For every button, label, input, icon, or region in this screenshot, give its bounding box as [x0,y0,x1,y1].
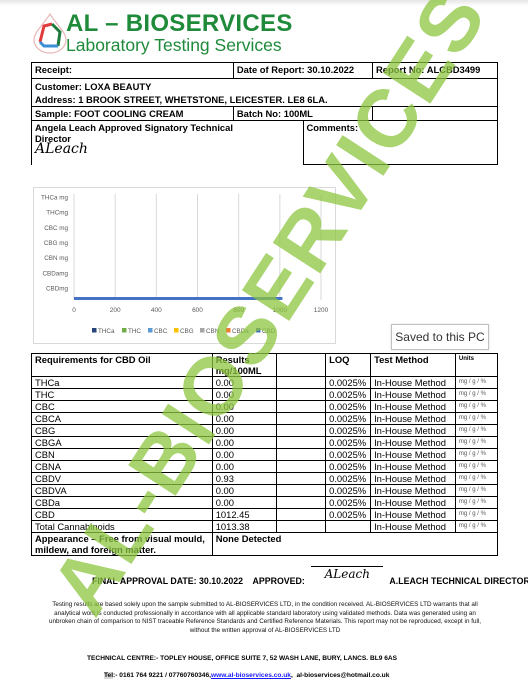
row-value: 1012.45 [212,509,276,521]
final-approval-date: FINAL APPROVAL DATE: 30.10.2022 [92,576,243,586]
table-row: CBCA0.000.0025%In-House Methodmg / g / % [32,413,498,425]
row-blank [277,401,326,413]
svg-text:CBDamg: CBDamg [42,270,68,277]
table-row: CBN0.000.0025%In-House Methodmg / g / % [32,449,498,461]
table-row: CBDVA0.000.0025%In-House Methodmg / g / … [32,485,498,497]
row-blank [277,509,326,521]
row-method: In-House Method [371,437,456,449]
table-row: CBDa0.000.0025%In-House Methodmg / g / % [32,497,498,509]
row-units: mg / g / % [455,437,497,449]
col-results: Results mg/100ML [212,354,276,377]
row-name: THCa [32,377,213,389]
row-value: 0.00 [212,389,276,401]
row-method: In-House Method [371,473,456,485]
row-loq: 0.0025% [326,425,371,437]
table-row: CBC0.000.0025%In-House Methodmg / g / % [32,401,498,413]
row-blank [277,377,326,389]
col-blank [277,354,326,377]
receipt-cell: Receipt: [32,63,234,79]
row-method: In-House Method [371,425,456,437]
approval-signature: ALeach [311,566,383,581]
email: al-bioservices@hotmail.co.uk [296,672,389,679]
row-loq: 0.0025% [326,401,371,413]
row-loq: 0.0025% [326,497,371,509]
customer: Customer: LOXA BEAUTY [35,81,494,92]
svg-text:1000: 1000 [273,307,288,314]
row-value: 0.00 [212,401,276,413]
svg-text:CBG mg: CBG mg [44,240,69,247]
top-shadow-bar [0,0,528,6]
row-value: 0.00 [212,449,276,461]
table-row: THCa0.000.0025%In-House Methodmg / g / % [32,377,498,389]
row-loq: 0.0025% [326,437,371,449]
row-value: 0.00 [212,497,276,509]
technical-centre-address: TECHNICAL CENTRE:- TOPLEY HOUSE, OFFICE … [87,655,397,662]
table-row: CBNA0.000.0025%In-House Methodmg / g / % [32,461,498,473]
comments: Comments: [303,121,498,165]
brand-name: AL – BIOSERVICES [66,11,293,37]
bar-chart: 020040060080010001200CBDmgCBDamgCBN mgCB… [34,188,335,343]
row-name: CBN [32,449,213,461]
svg-text:CBN mg: CBN mg [44,255,68,262]
signatory-signature: ALeach [35,144,300,155]
row-value: 0.00 [212,377,276,389]
row-units: mg / g / % [455,377,497,389]
row-blank [277,461,326,473]
svg-text:THCmg: THCmg [46,210,68,217]
saved-to-pc-badge[interactable]: Saved to this PC [391,324,489,350]
row-name: Total Cannabinoids [32,521,213,533]
row-blank [277,437,326,449]
row-method: In-House Method [371,497,456,509]
row-method: In-House Method [371,485,456,497]
row-value: 0.00 [212,461,276,473]
row-name: CBDV [32,473,213,485]
col-units: Units [455,354,497,377]
row-name: CBNA [32,461,213,473]
svg-text:0: 0 [72,307,76,314]
svg-text:400: 400 [151,307,162,314]
row-units: mg / g / % [455,497,497,509]
svg-text:CBG: CBG [180,328,194,335]
row-blank [277,449,326,461]
table-row: CBG0.000.0025%In-House Methodmg / g / % [32,425,498,437]
date-of-report: Date of Report: 30.10.2022 [233,63,372,79]
row-value: 1013.38 [212,521,276,533]
svg-text:CBD: CBD [262,328,276,335]
table-row: Total Cannabinoids1013.38In-House Method… [32,521,498,533]
row-blank [277,497,326,509]
row-units: mg / g / % [455,449,497,461]
row-units: mg / g / % [455,509,497,521]
table-row: CBGA0.000.0025%In-House Methodmg / g / % [32,437,498,449]
blank-cell [373,107,498,121]
row-name: CBDa [32,497,213,509]
cannabinoid-chart: 020040060080010001200CBDmgCBDamgCBN mgCB… [33,187,336,344]
contact-line: Tel:- 0161 764 9221 / 07760760346,www.al… [104,672,389,679]
tel-numbers: :- 0161 764 9221 / 07760760346, [113,672,211,679]
brand-tagline: Laboratory Testing Services [66,36,293,55]
row-units: mg / g / % [455,521,497,533]
report-header-table: Receipt: Date of Report: 30.10.2022 Repo… [31,62,498,165]
svg-text:800: 800 [233,307,244,314]
approval-line: FINAL APPROVAL DATE: 30.10.2022 APPROVED… [92,572,528,587]
brand-header: AL – BIOSERVICES Laboratory Testing Serv… [66,11,293,55]
row-name: CBD [32,509,213,521]
results-header-row: Requirements for CBD Oil Results mg/100M… [32,354,498,377]
svg-text:CBDmg: CBDmg [46,285,69,292]
row-value: 0.00 [212,413,276,425]
row-loq: 0.0025% [326,449,371,461]
sample: Sample: FOOT COOLING CREAM [32,107,234,121]
row-loq: 0.0025% [326,413,371,425]
row-units: mg / g / % [455,413,497,425]
row-blank [277,413,326,425]
results-table: Requirements for CBD Oil Results mg/100M… [31,353,498,556]
row-method: In-House Method [371,461,456,473]
row-units: mg / g / % [455,401,497,413]
svg-text:200: 200 [110,307,121,314]
svg-text:THCa: THCa [98,328,115,335]
row-method: In-House Method [371,449,456,461]
row-blank [277,521,326,533]
table-row: CBD1012.450.0025%In-House Methodmg / g /… [32,509,498,521]
row-value: 0.00 [212,437,276,449]
col-loq: LOQ [326,354,371,377]
table-row: THC0.000.0025%In-House Methodmg / g / % [32,389,498,401]
col-requirement: Requirements for CBD Oil [32,354,213,377]
appearance-label: Appearance – Free from visual mould, mil… [32,533,213,556]
row-units: mg / g / % [455,473,497,485]
batch-number: Batch No: 100ML [233,107,372,121]
row-loq [326,521,371,533]
website-link[interactable]: www.al-bioservices.co.uk [211,672,291,679]
svg-text:CBC: CBC [154,328,168,335]
row-method: In-House Method [371,401,456,413]
disclaimer: Testing results are based solely upon th… [44,601,486,635]
svg-text:THCa mg: THCa mg [41,195,68,202]
row-name: THC [32,389,213,401]
row-method: In-House Method [371,389,456,401]
table-row: CBDV0.930.0025%In-House Methodmg / g / % [32,473,498,485]
col-method: Test Method [371,354,456,377]
row-name: CBDVA [32,485,213,497]
report-number: Report No: ALCBD3499 [373,63,498,79]
row-units: mg / g / % [455,425,497,437]
row-method: In-House Method [371,413,456,425]
row-blank [277,485,326,497]
row-name: CBC [32,401,213,413]
row-loq: 0.0025% [326,509,371,521]
row-value: 0.00 [212,485,276,497]
svg-text:CBC mg: CBC mg [44,225,68,232]
svg-text:1200: 1200 [314,307,329,314]
svg-text:CBDa: CBDa [232,328,249,335]
svg-text:THC: THC [128,328,141,335]
row-blank [277,425,326,437]
row-loq: 0.0025% [326,461,371,473]
logo-icon [30,12,70,54]
row-loq: 0.0025% [326,473,371,485]
row-units: mg / g / % [455,461,497,473]
row-blank [277,473,326,485]
row-loq: 0.0025% [326,485,371,497]
row-name: CBGA [32,437,213,449]
row-name: CBCA [32,413,213,425]
address: Address: 1 BROOK STREET, WHETSTONE, LEIC… [35,94,494,105]
tel-label: Tel [104,672,113,679]
svg-text:600: 600 [192,307,203,314]
row-name: CBG [32,425,213,437]
row-units: mg / g / % [455,485,497,497]
row-method: In-House Method [371,509,456,521]
row-value: 0.93 [212,473,276,485]
row-units: mg / g / % [455,389,497,401]
row-method: In-House Method [371,521,456,533]
appearance-value: None Detected [212,533,497,556]
appearance-row: Appearance – Free from visual mould, mil… [32,533,498,556]
svg-text:CBN: CBN [206,328,220,335]
row-blank [277,389,326,401]
row-loq: 0.0025% [326,389,371,401]
row-value: 0.00 [212,425,276,437]
row-loq: 0.0025% [326,377,371,389]
approver-name: A.LEACH TECHNICAL DIRECTOR [389,576,528,586]
row-method: In-House Method [371,377,456,389]
approved-label: APPROVED: [253,576,305,586]
